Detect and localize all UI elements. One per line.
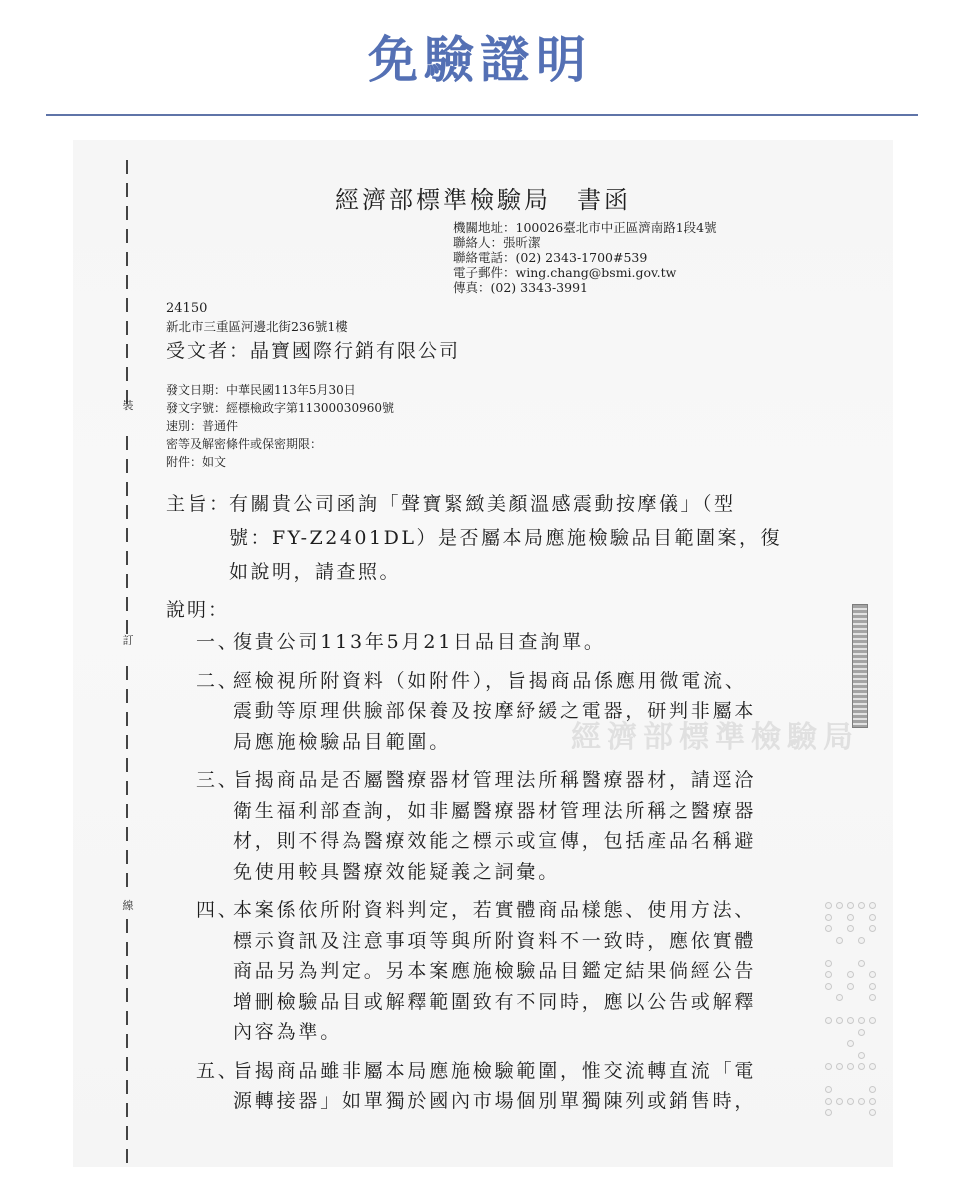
binding-label-bottom: 線 [118,897,138,913]
page-title: 免驗證明 [0,28,960,92]
item-line: 旨揭商品雖非屬本局應施檢驗範圍，惟交流轉直流「電 [233,1056,866,1087]
binding-dash [126,850,128,864]
braille-dot [836,937,843,944]
item-line: 震動等原理供臉部保養及按摩紓緩之電器，研判非屬本 [233,696,866,727]
binding-dash [126,919,128,933]
explanation-item-3: 三、 旨揭商品是否屬醫療器材管理法所稱醫療器材，請逕洽 衛生福利部查詢，如非屬醫… [196,765,866,887]
agency-name: 經濟部標準檢驗局 [335,186,551,214]
binding-dash [126,1080,128,1094]
binding-dash [126,229,128,243]
braille-dot [825,1063,832,1070]
braille-dot [825,1086,832,1093]
subject-label: 主旨： [166,487,231,521]
recipient-block: 24150 新北市三重區河邊北街236號1樓 受文者：晶寶國際行銷有限公司 [166,300,460,364]
binding-dash [126,873,128,887]
binding-dash [126,482,128,496]
braille-dot [869,1109,876,1116]
item-line: 本案係依所附資料判定，若實體商品樣態、使用方法、 [233,895,866,926]
binding-dash [126,1057,128,1071]
item-line: 經檢視所附資料（如附件），旨揭商品係應用微電流、 [233,666,866,697]
binding-dash [126,827,128,841]
item-number: 一、 [196,627,240,658]
binding-dash [126,735,128,749]
title-divider [46,114,918,116]
item-line: 旨揭商品是否屬醫療器材管理法所稱醫療器材，請逕洽 [233,765,866,796]
binding-dash [126,275,128,289]
item-number: 三、 [196,765,240,796]
binding-dash [126,1103,128,1117]
binding-dash [126,183,128,197]
braille-dot [825,1109,832,1116]
page-header: 免驗證明 [0,0,960,118]
binding-dash [126,781,128,795]
braille-dot [858,960,865,967]
binding-dash [126,505,128,519]
binding-dash [126,321,128,335]
binding-dash [126,436,128,450]
braille-dot [836,902,843,909]
agency-address: 機關地址：100026臺北市中正區濟南路1段4號 [453,220,717,235]
braille-dot [869,914,876,921]
subject-line: 如說明，請查照。 [229,555,807,589]
braille-dot [847,902,854,909]
braille-dot [869,925,876,932]
binding-dash [126,551,128,565]
recipient-name: 受文者：晶寶國際行銷有限公司 [166,338,460,364]
binding-dash [126,252,128,266]
braille-dot [825,1017,832,1024]
braille-dot [836,1063,843,1070]
binding-dash [126,597,128,611]
braille-dot [836,1098,843,1105]
document-meta: 發文日期：中華民國113年5月30日 發文字號：經標檢政字第1130003096… [166,381,394,471]
document-number: 發文字號：經標檢政字第11300030960號 [166,399,394,417]
braille-dot [847,1098,854,1105]
binding-dash [126,459,128,473]
binding-dash [126,160,128,174]
braille-dot [869,994,876,1001]
binding-dash [126,528,128,542]
item-line: 商品另為判定。另本案應施檢驗品目鑑定結果倘經公告 [233,956,866,987]
braille-dot [825,971,832,978]
binding-dash [126,758,128,772]
explanation-label: 說明： [166,593,866,627]
item-number: 四、 [196,895,240,926]
barcode-stamp [852,604,868,728]
binding-dash [126,574,128,588]
item-line: 內容為準。 [233,1017,866,1048]
document-header: 經濟部標準檢驗局書函 [335,180,631,215]
issue-date: 發文日期：中華民國113年5月30日 [166,381,394,399]
braille-dot [869,902,876,909]
recipient-zip: 24150 [166,300,460,318]
binding-dash [126,367,128,381]
delivery-speed: 速別：普通件 [166,417,394,435]
braille-dot [869,1098,876,1105]
binding-dash [126,942,128,956]
attachment-note: 附件：如文 [166,453,394,471]
binding-dash [126,298,128,312]
braille-dot [847,971,854,978]
explanation-item-2: 二、 經檢視所附資料（如附件），旨揭商品係應用微電流、 震動等原理供臉部保養及按… [196,666,866,758]
explanation-item-4: 四、 本案係依所附資料判定，若實體商品樣態、使用方法、 標示資訊及注意事項等與所… [196,895,866,1048]
braille-dot [869,983,876,990]
contact-email: 電子郵件：wing.chang@bsmi.gov.tw [453,265,717,280]
braille-dot [869,971,876,978]
binding-dash [126,1126,128,1140]
item-line: 標示資訊及注意事項等與所附資料不一致時，應依實體 [233,926,866,957]
binding-dash [126,344,128,358]
braille-dot [858,902,865,909]
braille-dot [858,1017,865,1024]
item-number: 五、 [196,1056,240,1087]
binding-dash [126,804,128,818]
subject-text: 有關貴公司函詢「聲寶緊緻美顏溫感震動按摩儀」（型 號：FY-Z2401DL）是否… [229,487,807,589]
binding-dash [126,689,128,703]
contact-phone: 聯絡電話：(02) 2343-1700#539 [453,250,717,265]
braille-dot [847,925,854,932]
item-line: 衛生福利部查詢，如非屬醫療器材管理法所稱之醫療器 [233,796,866,827]
braille-dot [825,914,832,921]
braille-dot [825,960,832,967]
braille-dot [858,1098,865,1105]
binding-dash [126,965,128,979]
item-line: 材，則不得為醫療效能之標示或宣傳，包括產品名稱避 [233,826,866,857]
binding-dash [126,712,128,726]
contact-fax: 傳真：(02) 3343-3991 [453,280,717,295]
braille-dots [825,902,885,1132]
braille-dot [836,1017,843,1024]
secrecy-level: 密等及解密條件或保密期限： [166,435,394,453]
braille-dot [869,1086,876,1093]
item-number: 二、 [196,666,240,697]
document-type: 書函 [577,186,631,214]
binding-dash [126,1034,128,1048]
braille-dot [836,994,843,1001]
braille-dot [847,914,854,921]
braille-dot [869,1017,876,1024]
braille-dot [825,925,832,932]
binding-label-top: 裝 [118,397,138,413]
braille-dot [858,937,865,944]
braille-dot [847,1063,854,1070]
binding-dash [126,1149,128,1163]
subject-line: 號：FY-Z2401DL）是否屬本局應施檢驗品目範圍案，復 [229,521,807,555]
binding-dash [126,666,128,680]
braille-dot [858,1052,865,1059]
braille-dot [858,1029,865,1036]
subject-section: 主旨： 有關貴公司函詢「聲寶緊緻美顏溫感震動按摩儀」（型 號：FY-Z2401D… [166,487,866,589]
braille-dot [847,1017,854,1024]
binding-dash [126,1011,128,1025]
explanation-item-1: 一、 復貴公司113年5月21日品目查詢單。 [196,627,866,658]
item-line: 增刪檢驗品目或解釋範圍致有不同時，應以公告或解釋 [233,987,866,1018]
item-line: 局應施檢驗品目範圍。 [233,727,866,758]
contact-person: 聯絡人：張昕潔 [453,235,717,250]
subject-line: 有關貴公司函詢「聲寶緊緻美顏溫感震動按摩儀」（型 [229,487,807,521]
document-body: 主旨： 有關貴公司函詢「聲寶緊緻美顏溫感震動按摩儀」（型 號：FY-Z2401D… [166,487,866,1117]
binding-line: 裝訂線 [118,160,138,1160]
binding-dash [126,988,128,1002]
recipient-address: 新北市三重區河邊北街236號1樓 [166,318,460,336]
item-line: 復貴公司113年5月21日品目查詢單。 [233,627,866,658]
item-line: 源轉接器」如單獨於國內市場個別單獨陳列或銷售時， [233,1086,866,1117]
explanation-item-5: 五、 旨揭商品雖非屬本局應施檢驗範圍，惟交流轉直流「電 源轉接器」如單獨於國內市… [196,1056,866,1117]
binding-dash [126,206,128,220]
item-line: 免使用較具醫療效能疑義之詞彙。 [233,857,866,888]
braille-dot [825,1098,832,1105]
braille-dot [825,983,832,990]
braille-dot [869,1063,876,1070]
scanned-document: 裝訂線 經濟部標準檢驗局 經濟部標準檢驗局書函 機關地址：100026臺北市中正… [73,140,893,1167]
braille-dot [858,1063,865,1070]
binding-label-middle: 訂 [118,632,138,648]
braille-dot [847,983,854,990]
contact-block: 機關地址：100026臺北市中正區濟南路1段4號 聯絡人：張昕潔 聯絡電話：(0… [453,220,717,295]
braille-dot [825,902,832,909]
braille-dot [847,1040,854,1047]
